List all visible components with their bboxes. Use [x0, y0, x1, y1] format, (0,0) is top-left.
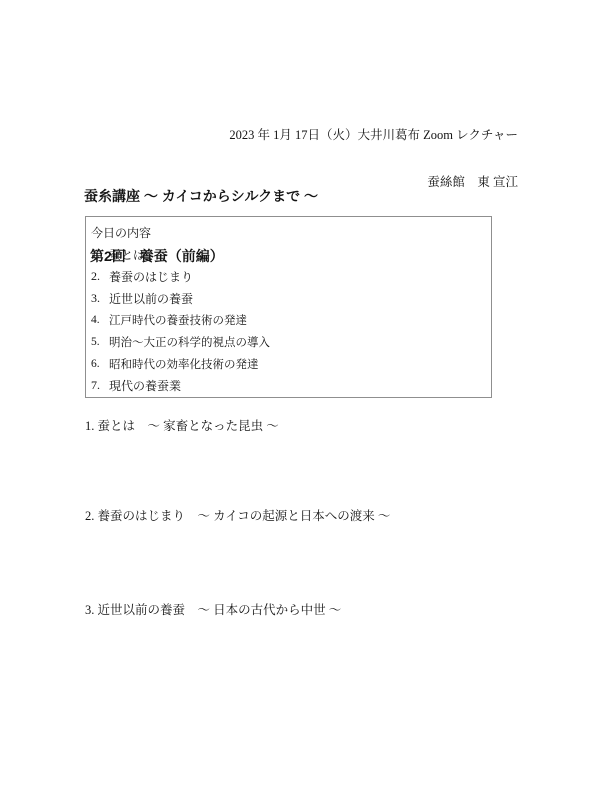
- agenda-item-4: 4. 江戸時代の養蚕技術の発達: [91, 309, 483, 331]
- agenda-item-label: 昭和時代の効率化技術の発達: [109, 356, 259, 372]
- section-heading-1: 1. 蚕とは ～ 家畜となった昆虫 ～: [85, 416, 279, 434]
- section-heading-2: 2. 養蚕のはじまり ～ カイコの起源と日本への渡来 ～: [85, 506, 390, 524]
- agenda-item-number: 5.: [91, 336, 109, 348]
- agenda-item-7: 7. 現代の養蚕業: [91, 375, 483, 397]
- agenda-item-number: 1.: [91, 247, 109, 262]
- agenda-item-label: 現代の養蚕業: [109, 377, 181, 394]
- agenda-item-number: 2.: [91, 269, 109, 284]
- agenda-box: 今日の内容 1. 蚕とは 2. 養蚕のはじまり 3. 近世以前の養蚕 4. 江戸…: [85, 216, 492, 398]
- agenda-item-number: 7.: [91, 378, 109, 393]
- agenda-item-number: 6.: [91, 358, 109, 370]
- document-page: 2023 年 1月 17日（火）大井川葛布 Zoom レクチャー 蚕絲館 東 宣…: [0, 0, 612, 792]
- agenda-item-number: 3.: [91, 291, 109, 306]
- title-line-1: 蚕糸講座 ～ カイコからシルクまで ～: [84, 186, 318, 206]
- agenda-item-number: 4.: [91, 314, 109, 326]
- section-heading-3: 3. 近世以前の養蚕 ～ 日本の古代から中世 ～: [85, 600, 341, 618]
- agenda-item-1: 1. 蚕とは: [91, 244, 483, 266]
- agenda-item-label: 近世以前の養蚕: [109, 290, 193, 307]
- agenda-item-3: 3. 近世以前の養蚕: [91, 287, 483, 309]
- agenda-item-label: 養蚕のはじまり: [109, 268, 193, 285]
- agenda-item-5: 5. 明治～大正の科学的視点の導入: [91, 331, 483, 353]
- agenda-item-label: 江戸時代の養蚕技術の発達: [109, 312, 247, 328]
- agenda-item-6: 6. 昭和時代の効率化技術の発達: [91, 353, 483, 375]
- agenda-item-label: 明治～大正の科学的視点の導入: [109, 334, 270, 350]
- agenda-heading-label: 今日の内容: [91, 224, 151, 241]
- agenda-item-2: 2. 養蚕のはじまり: [91, 266, 483, 288]
- agenda-heading: 今日の内容: [91, 222, 483, 244]
- agenda-item-label: 蚕とは: [109, 246, 145, 263]
- header-date-line: 2023 年 1月 17日（火）大井川葛布 Zoom レクチャー: [229, 128, 518, 144]
